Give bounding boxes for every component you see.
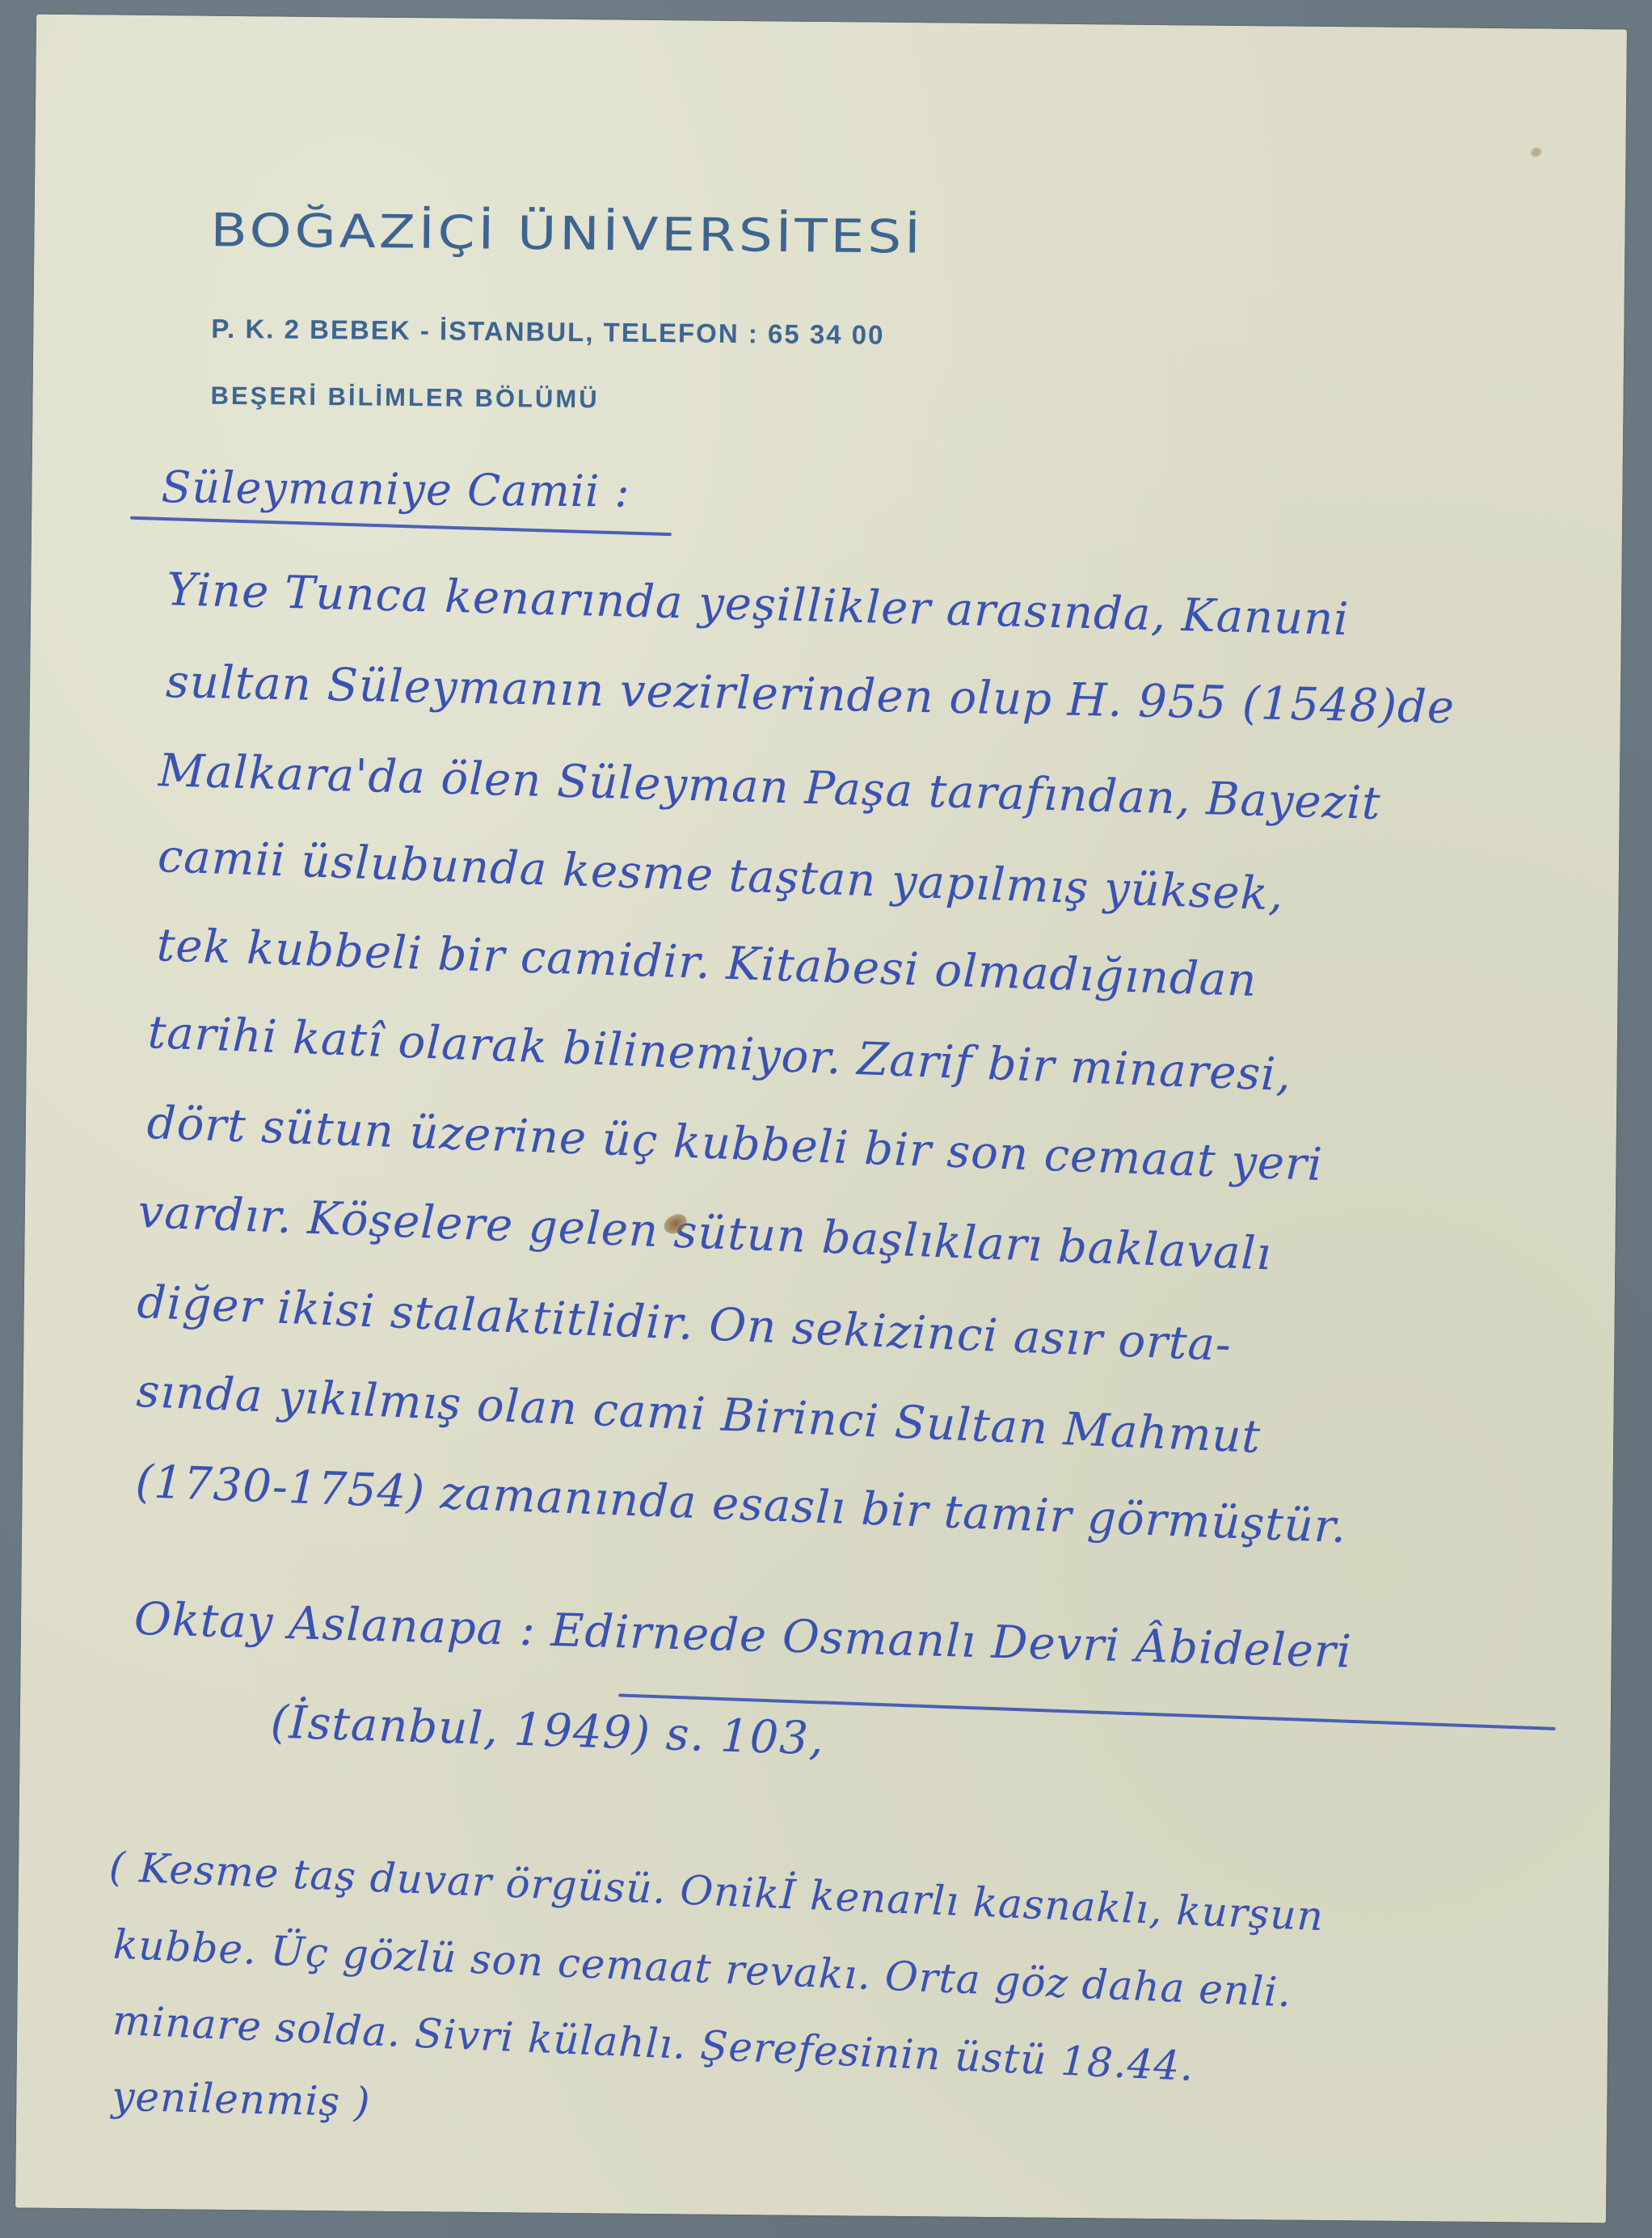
body-line-9: diğer ikisi stalaktitlidir. On sekizinci… (137, 1276, 1233, 1372)
citation-line: Oktay Aslanapa : Edirnede Osmanlı Devri … (133, 1593, 1352, 1679)
remarks-line-1: ( Kesme taş duvar örgüsü. Onikİ kenarlı … (108, 1844, 1325, 1941)
paper-spot (1528, 145, 1543, 159)
body-line-1: Yine Tunca kenarında yeşillikler arasınd… (166, 563, 1350, 646)
letterhead-address: P. K. 2 BEBEK - İSTANBUL, TELEFON : 65 3… (211, 314, 884, 351)
remarks-line-4: yenilenmiş ) (112, 2073, 372, 2126)
body-line-3: Malkara'da ölen Süleyman Paşa tarafından… (158, 744, 1381, 830)
letterhead-department: BEŞERİ BİLİMLER BÖLÜMÜ (210, 381, 599, 415)
citation-author: Oktay Aslanapa : (133, 1593, 537, 1656)
note-heading: Süleymaniye Camii : (161, 462, 630, 517)
body-line-7: dört sütun üzerine üç kubbeli bir son ce… (146, 1097, 1324, 1191)
body-line-10: sında yıkılmış olan cami Birinci Sultan … (135, 1365, 1262, 1464)
body-line-6: tarihi katî olarak bilinemiyor. Zarif bi… (147, 1006, 1292, 1102)
letterhead-institution: BOĞAZİÇİ ÜNİVERSİTESİ (210, 204, 924, 264)
heading-underline (130, 516, 672, 536)
body-line-2: sultan Süleymanın vezirlerinden olup H. … (165, 655, 1455, 734)
body-line-11: (1730-1754) zamanında esaslı bir tamir g… (134, 1456, 1347, 1553)
body-line-8: vardır. Köşelere gelen sütun başlıkları … (137, 1186, 1273, 1281)
letter-sheet: BOĞAZİÇİ ÜNİVERSİTESİ P. K. 2 BEBEK - İS… (15, 15, 1627, 2223)
citation-details: (İstanbul, 1949) s. 103, (270, 1696, 825, 1766)
body-line-5: tek kubbeli bir camidir. Kitabesi olmadı… (156, 919, 1258, 1007)
body-line-4: camii üslubunda kesme taştan yapılmış yü… (157, 830, 1284, 921)
citation-title: Edirnede Osmanlı Devri Âbideleri (550, 1604, 1353, 1679)
remarks-line-2: kubbe. Üç gözlü son cemaat revakı. Orta … (112, 1921, 1292, 2017)
